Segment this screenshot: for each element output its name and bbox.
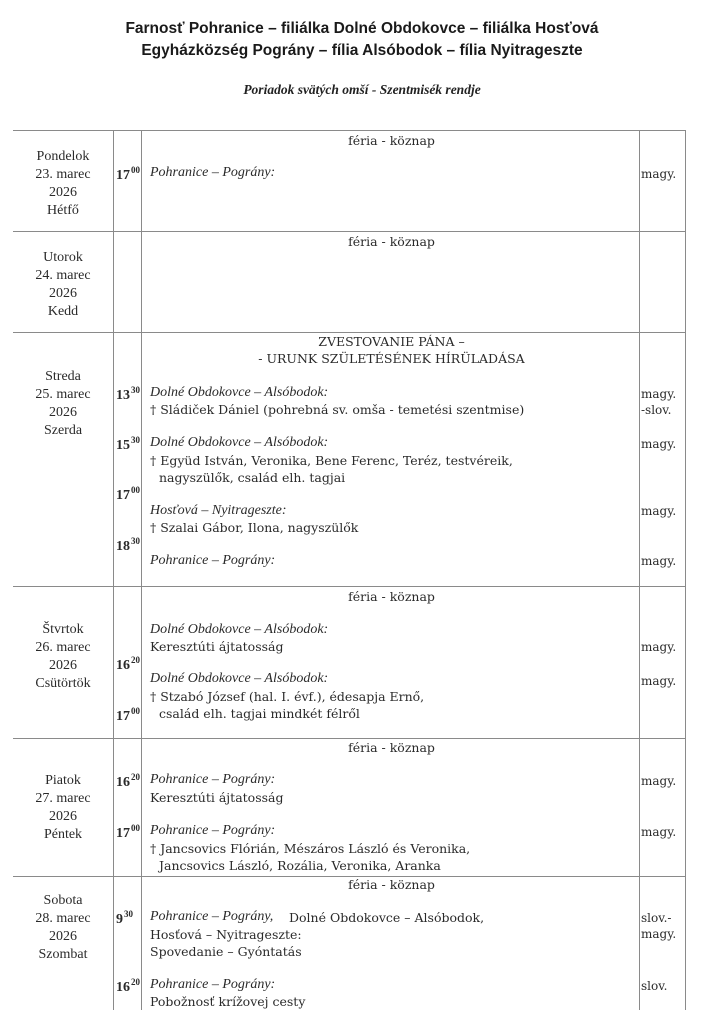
column-divider [141, 130, 142, 1010]
mass-language: magy. [641, 927, 676, 941]
feast-label: féria - köznap [143, 234, 640, 249]
day-label: Štvrtok 26. marec 2026 Csütörtök [13, 621, 113, 693]
feast-label: féria - köznap [143, 133, 640, 148]
day-label: Streda 25. marec 2026 Szerda [13, 368, 113, 440]
mass-place-extra: Dolné Obdokovce – Alsóbodok, [289, 910, 484, 925]
mass-time: 1620 [116, 655, 140, 674]
mass-language: magy. [641, 554, 676, 568]
day-label: Pondelok 23. marec 2026 Hétfő [13, 148, 113, 220]
mass-place: Pohranice – Pográny: [150, 553, 275, 569]
day-name-hu: Kedd [13, 303, 113, 321]
mass-time: 1700 [116, 823, 140, 842]
mass-place: Dolné Obdokovce – Alsóbodok: [150, 671, 328, 687]
mass-language: slov. [641, 979, 667, 993]
mass-intention: † Jancsovics Flórián, Mészáros László és… [150, 841, 470, 856]
mass-language: magy. [641, 825, 676, 839]
mass-place: Pohranice – Pográny: [150, 977, 275, 993]
mass-intention: Keresztúti ájtatosság [150, 790, 283, 805]
mass-language: magy. [641, 167, 676, 181]
column-divider [113, 130, 114, 1010]
day-year: 2026 [13, 404, 113, 422]
feast-label: féria - köznap [143, 877, 640, 892]
mass-place: Pohranice – Pográny: [150, 823, 275, 839]
mass-place: Dolné Obdokovce – Alsóbodok: [150, 385, 328, 401]
mass-intention: † Stzabó József (hal. I. évf.), édesapja… [150, 689, 424, 704]
mass-time: 930 [116, 909, 133, 928]
mass-place-line2: Hosťová – Nyitrageszte: [150, 927, 302, 942]
day-label: Sobota 28. marec 2026 Szombat [13, 892, 113, 964]
mass-language: magy. [641, 387, 676, 401]
day-year: 2026 [13, 184, 113, 202]
mass-time: 1620 [116, 772, 140, 791]
feast-label: féria - köznap [143, 740, 640, 755]
day-year: 2026 [13, 285, 113, 303]
day-name-hu: Szerda [13, 422, 113, 440]
mass-place: Pohranice – Pográny: [150, 165, 275, 181]
day-name-hu: Péntek [13, 826, 113, 844]
mass-place: Pohranice – Pográny: [150, 772, 275, 788]
day-name-hu: Csütörtök [13, 675, 113, 693]
mass-time: 1620 [116, 977, 140, 996]
day-date: 25. marec [13, 386, 113, 404]
mass-language: slov.- [641, 911, 671, 925]
mass-intention: Pobožnosť krížovej cesty [150, 994, 305, 1009]
mass-intention: † Együd István, Veronika, Bene Ferenc, T… [150, 453, 513, 468]
mass-language: magy. [641, 674, 676, 688]
day-date: 23. marec [13, 166, 113, 184]
feast-label: ZVESTOVANIE PÁNA – [143, 334, 640, 349]
mass-place: Hosťová – Nyitrageszte: [150, 503, 287, 519]
day-name-sk: Utorok [13, 249, 113, 267]
day-name-sk: Štvrtok [13, 621, 113, 639]
mass-intention: nagyszülők, család elh. tagjai [159, 470, 345, 485]
day-name-sk: Pondelok [13, 148, 113, 166]
schedule-subtitle: Poriadok svätých omší - Szentmisék rendj… [0, 82, 724, 98]
mass-intention: Keresztúti ájtatosság [150, 639, 283, 654]
mass-time: 1700 [116, 485, 140, 504]
day-year: 2026 [13, 808, 113, 826]
parish-title-hu: Egyházközség Pográny – fília Alsóbodok –… [0, 42, 724, 60]
day-date: 24. marec [13, 267, 113, 285]
mass-place: Pohranice – Pográny, [150, 909, 273, 925]
feast-label: - URUNK SZÜLETÉSÉNEK HÍRÜLADÁSA [143, 351, 640, 366]
day-name-hu: Hétfő [13, 202, 113, 220]
mass-language: magy. [641, 640, 676, 654]
mass-intention: † Szalai Gábor, Ilona, nagyszülők [150, 520, 358, 535]
mass-intention: Spovedanie – Gyóntatás [150, 944, 302, 959]
mass-language: magy. [641, 504, 676, 518]
feast-label: féria - köznap [143, 589, 640, 604]
mass-language: -slov. [641, 403, 671, 417]
day-name-sk: Streda [13, 368, 113, 386]
column-divider [685, 130, 686, 1010]
mass-intention: Jancsovics László, Rozália, Veronika, Ar… [159, 858, 441, 873]
parish-title-sk: Farnosť Pohranice – filiálka Dolné Obdok… [0, 20, 724, 38]
mass-time: 1700 [116, 706, 140, 725]
day-date: 27. marec [13, 790, 113, 808]
mass-intention: család elh. tagjai mindkét félről [159, 706, 360, 721]
day-name-hu: Szombat [13, 946, 113, 964]
mass-time: 1330 [116, 385, 140, 404]
day-date: 28. marec [13, 910, 113, 928]
mass-time: 1830 [116, 536, 140, 555]
day-date: 26. marec [13, 639, 113, 657]
mass-language: magy. [641, 774, 676, 788]
mass-time: 1700 [116, 165, 140, 184]
mass-intention: † Sládiček Dániel (pohrebná sv. omša - t… [150, 402, 524, 417]
day-year: 2026 [13, 928, 113, 946]
day-label: Piatok 27. marec 2026 Péntek [13, 772, 113, 844]
mass-time: 1530 [116, 435, 140, 454]
mass-language: magy. [641, 437, 676, 451]
day-name-sk: Piatok [13, 772, 113, 790]
day-year: 2026 [13, 657, 113, 675]
day-name-sk: Sobota [13, 892, 113, 910]
mass-place: Dolné Obdokovce – Alsóbodok: [150, 622, 328, 638]
day-label: Utorok 24. marec 2026 Kedd [13, 249, 113, 321]
mass-place: Dolné Obdokovce – Alsóbodok: [150, 435, 328, 451]
